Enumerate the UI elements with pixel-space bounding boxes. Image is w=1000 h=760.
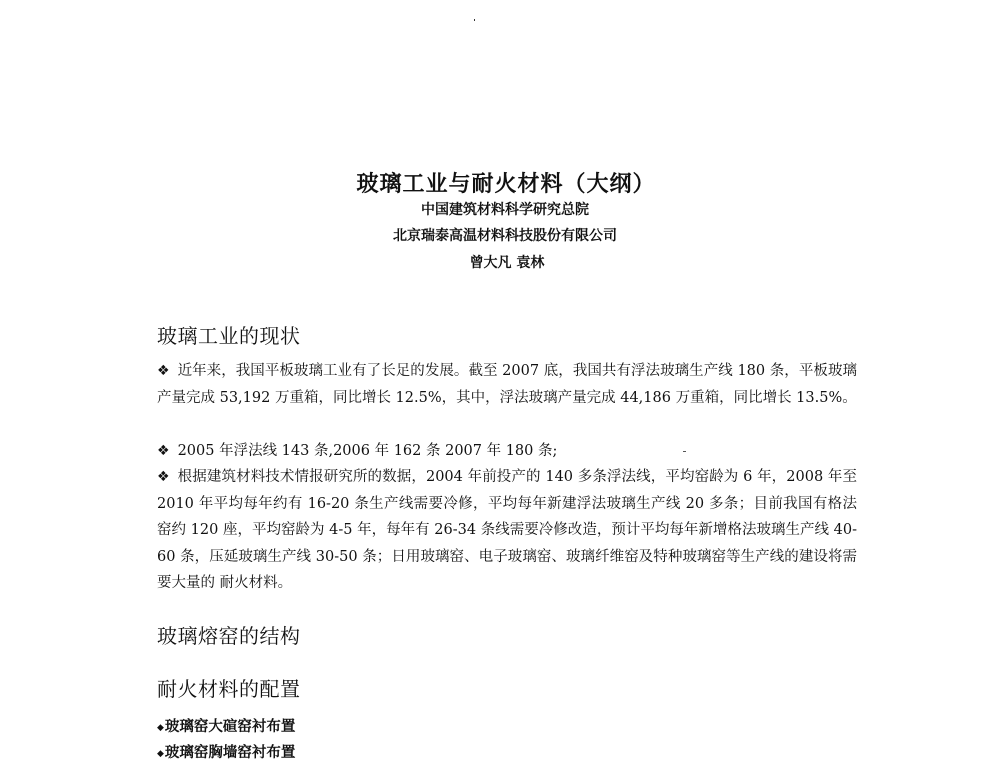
section-heading-status: 玻璃工业的现状 <box>157 320 301 349</box>
paragraph-text: 根据建筑材料技术情报研究所的数据，2004 年前投产的 140 多条浮法线，平均… <box>157 469 857 591</box>
diamond-bullet-icon: ❖ <box>157 469 170 485</box>
section-heading-refractory-config: 耐火材料的配置 <box>157 673 301 702</box>
authors: 曾大凡 袁林 <box>0 252 1000 272</box>
diamond-bullet-icon: ◆ <box>157 749 164 759</box>
paragraph-1: ❖近年来，我国平板玻璃工业有了长足的发展。截至 2007 底，我国共有浮法玻璃生… <box>157 358 857 411</box>
list-item: ◆玻璃窑大碹窑衬布置 <box>157 715 295 736</box>
paragraph-3: ❖根据建筑材料技术情报研究所的数据，2004 年前投产的 140 多条浮法线，平… <box>157 464 857 597</box>
affiliation-1: 中国建筑材料科学研究总院 <box>0 199 1000 219</box>
document-title: 玻璃工业与耐火材料（大纲） <box>0 167 1000 198</box>
affiliation-2: 北京瑞泰高温材料科技股份有限公司 <box>0 225 1000 245</box>
diamond-bullet-icon: ◆ <box>157 723 164 733</box>
list-item-text: 玻璃窑大碹窑衬布置 <box>165 719 296 735</box>
diamond-bullet-icon: ❖ <box>157 443 170 459</box>
paragraph-text: 近年来，我国平板玻璃工业有了长足的发展。截至 2007 底，我国共有浮法玻璃生产… <box>157 363 857 406</box>
list-item: ◆玻璃窑胸墙窑衬布置 <box>157 741 295 760</box>
paragraph-text: 2005 年浮法线 143 条,2006 年 162 条 2007 年 180 … <box>178 443 558 459</box>
diamond-bullet-icon: ❖ <box>157 363 170 379</box>
scan-speck <box>474 19 475 21</box>
list-item-text: 玻璃窑胸墙窑衬布置 <box>165 745 296 760</box>
paragraph-2: ❖2005 年浮法线 143 条,2006 年 162 条 2007 年 180… <box>157 438 857 465</box>
section-heading-furnace-structure: 玻璃熔窑的结构 <box>157 620 301 649</box>
